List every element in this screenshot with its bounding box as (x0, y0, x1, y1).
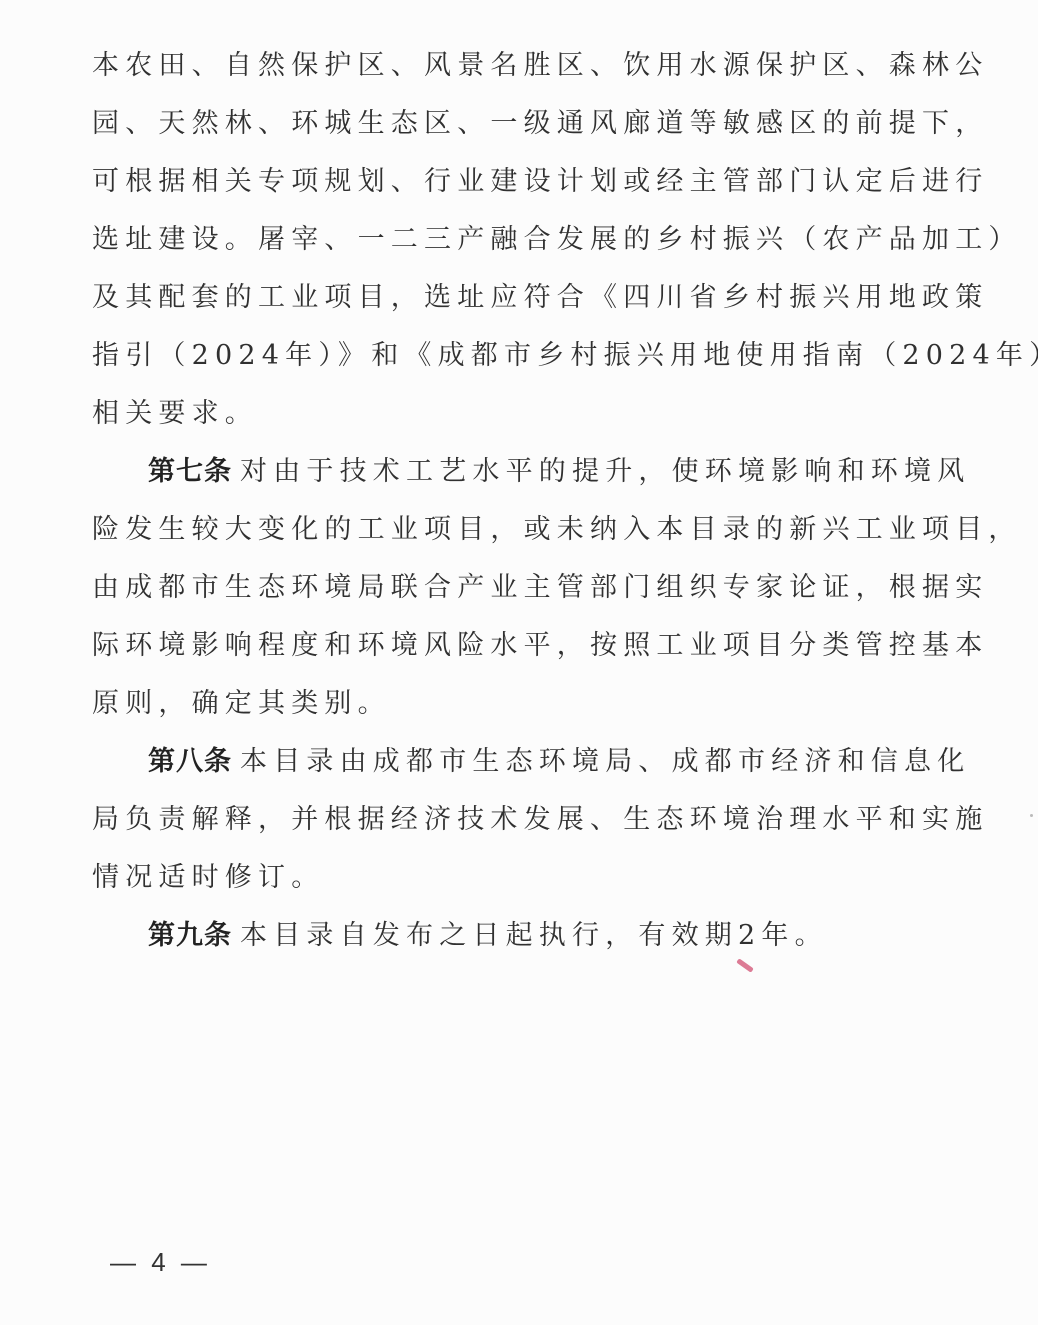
document-page: 本农田、自然保护区、风景名胜区、饮用水源保护区、森林公 园、天然林、环城生态区、… (0, 0, 1038, 1325)
text-line: 原则，确定其类别。 (92, 684, 918, 724)
text-line: 选址建设。屠宰、一二三产融合发展的乡村振兴（农产品加工） (92, 220, 918, 260)
scan-speck (968, 818, 971, 821)
text-line: 园、天然林、环城生态区、一级通风廊道等敏感区的前提下， (92, 104, 918, 144)
text-line: 由成都市生态环境局联合产业主管部门组织专家论证，根据实 (92, 568, 918, 608)
article-8-heading: 第八条 (148, 746, 232, 777)
article-8-first-line: 第八条本目录由成都市生态环境局、成都市经济和信息化 (148, 742, 918, 782)
text-line: 指引（2024年）》和《成都市乡村振兴用地使用指南（2024年）》 (92, 336, 918, 376)
text-line: 际环境影响程度和环境风险水平，按照工业项目分类管控基本 (92, 626, 918, 666)
article-7-text: 对由于技术工艺水平的提升，使环境影响和环境风 (240, 456, 970, 487)
text-line: 情况适时修订。 (92, 858, 918, 898)
stamp-mark (736, 958, 754, 972)
article-7-first-line: 第七条对由于技术工艺水平的提升，使环境影响和环境风 (148, 452, 918, 492)
page-number: — 4 — (110, 1247, 211, 1278)
text-line: 及其配套的工业项目，选址应符合《四川省乡村振兴用地政策 (92, 278, 918, 318)
text-line: 险发生较大变化的工业项目，或未纳入本目录的新兴工业项目， (92, 510, 918, 550)
article-8-text: 本目录由成都市生态环境局、成都市经济和信息化 (240, 746, 970, 777)
article-7-heading: 第七条 (148, 456, 232, 487)
scan-speck (1030, 814, 1033, 817)
text-line: 局负责解释，并根据经济技术发展、生态环境治理水平和实施 (92, 800, 918, 840)
article-9-heading: 第九条 (148, 920, 232, 951)
text-line: 相关要求。 (92, 394, 918, 434)
article-9-first-line: 第九条本目录自发布之日起执行，有效期2年。 (148, 916, 918, 956)
text-line: 本农田、自然保护区、风景名胜区、饮用水源保护区、森林公 (92, 46, 918, 86)
article-9-text: 本目录自发布之日起执行，有效期2年。 (240, 920, 828, 951)
text-line: 可根据相关专项规划、行业建设计划或经主管部门认定后进行 (92, 162, 918, 202)
